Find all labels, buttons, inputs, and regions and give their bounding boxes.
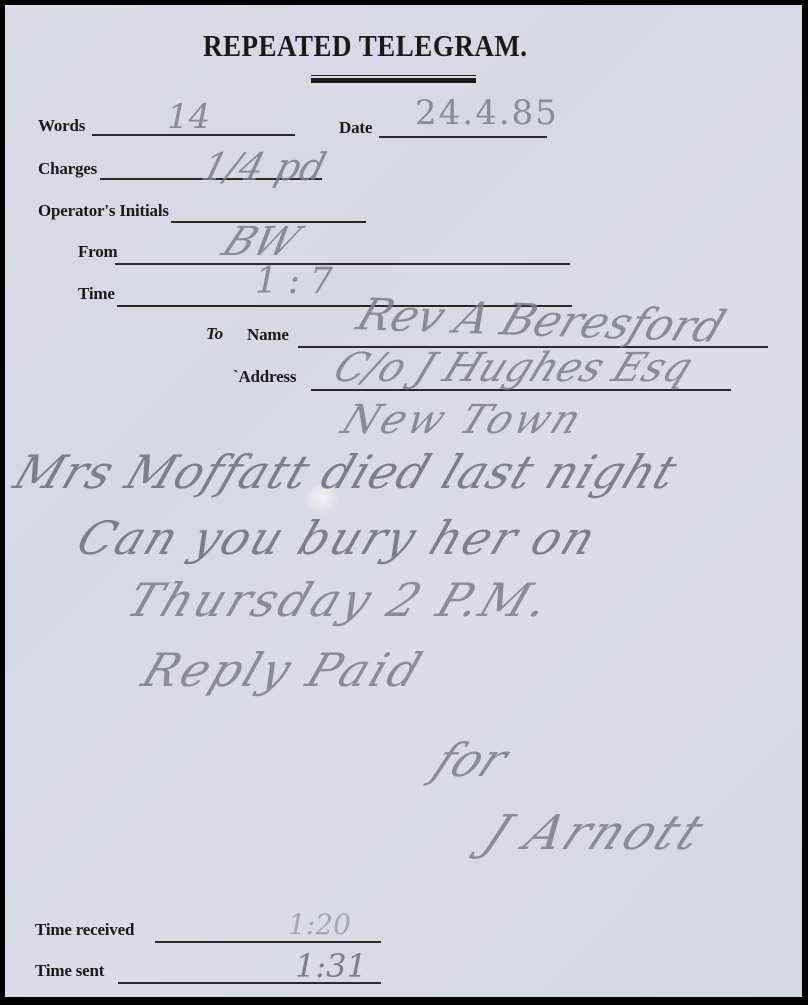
form-title: REPEATED TELEGRAM. bbox=[203, 29, 528, 64]
time-received-value: 1:20 bbox=[288, 908, 351, 941]
date-field-line bbox=[379, 136, 547, 138]
title-rule-thick bbox=[311, 78, 476, 83]
charges-value: 1/4 pd bbox=[197, 145, 331, 189]
address-line2-value: New Town bbox=[335, 397, 591, 443]
charges-label: Charges bbox=[38, 159, 97, 179]
telegram-form: REPEATED TELEGRAM. Words 14 Date 24.4.85… bbox=[5, 5, 802, 997]
time-sent-label: Time sent bbox=[35, 961, 104, 981]
title-rule-thin bbox=[311, 75, 476, 76]
name-label: Name bbox=[247, 325, 289, 345]
date-label: Date bbox=[339, 118, 372, 138]
operators-initials-label: Operator's Initials bbox=[38, 201, 169, 221]
message-line-1: Mrs Moffatt died last night bbox=[7, 445, 685, 499]
date-value: 24.4.85 bbox=[415, 93, 559, 133]
message-line-2: Can you bury her on bbox=[70, 511, 605, 565]
time-received-field-line bbox=[155, 941, 381, 943]
address-label: `Address bbox=[233, 367, 296, 387]
address-line1-value: C/o J Hughes Esq bbox=[327, 345, 699, 391]
message-line-3: Thursday 2 P.M. bbox=[120, 573, 560, 627]
time-received-label: Time received bbox=[35, 920, 134, 940]
time-value: 1:7 bbox=[255, 261, 343, 302]
words-value: 14 bbox=[167, 97, 210, 137]
time-label: Time bbox=[78, 284, 115, 304]
from-value: BW bbox=[215, 219, 307, 265]
message-line-4: Reply Paid bbox=[135, 643, 432, 697]
to-name-value: Rev A Beresford bbox=[350, 290, 732, 353]
to-label: To bbox=[206, 324, 223, 344]
from-label: From bbox=[78, 242, 117, 262]
message-signature: J Arnott bbox=[475, 805, 716, 861]
time-sent-value: 1:31 bbox=[295, 947, 367, 985]
words-label: Words bbox=[38, 116, 85, 136]
message-closing: for bbox=[425, 733, 517, 787]
